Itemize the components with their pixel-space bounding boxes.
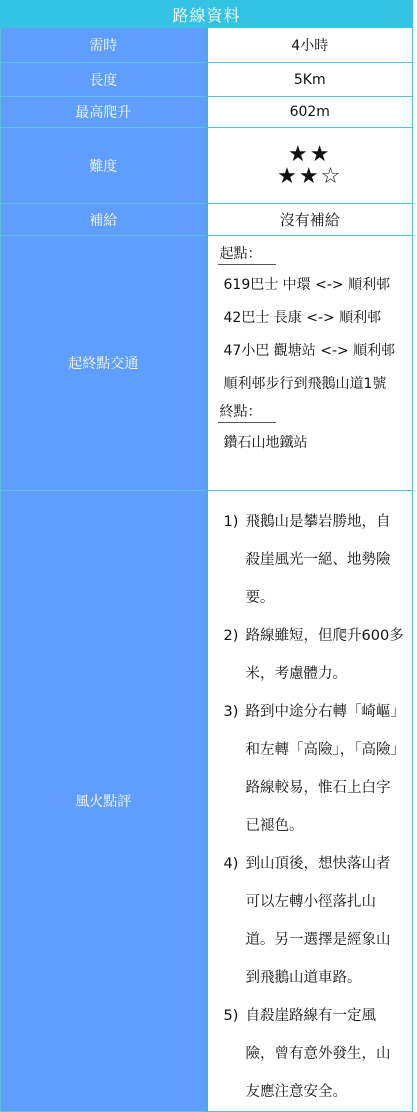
comment-text: 路到中途分右轉「崎嶇」和左轉「高險」，「高險」路線較易，惟石上白字已褪色。	[244, 693, 405, 845]
comment-number: 3)	[224, 693, 244, 845]
comment-item: 4) 到山頂後，想快落山者可以左轉小徑落扎山道。另一選擇是經象山到飛鵝山道車路。	[224, 845, 405, 909]
transport-details: 起點： 619巴士 中環 <-> 順利邨 42巴士 長康 <-> 順利邨 47小…	[207, 236, 413, 491]
table-title: 路線資料	[1, 1, 413, 28]
row-transport: 起終點交通 起點： 619巴士 中環 <-> 順利邨 42巴士 長康 <-> 順…	[1, 236, 413, 491]
difficulty-label: 難度	[1, 128, 207, 204]
transport-line: 47小巴 觀塘站 <-> 順利邨	[224, 341, 413, 361]
comment-text: 到山頂後，想快落山者可以左轉小徑落扎山道。另一選擇是經象山到飛鵝山道車路。	[244, 845, 405, 909]
route-info-table: 路線資料 需時 4小時 長度 5Km 最高爬升 602m 難度 ★★ ★★☆ 補…	[0, 0, 413, 909]
comment-number: 2)	[224, 617, 244, 693]
comment-item: 3) 路到中途分右轉「崎嶇」和左轉「高險」，「高險」路線較易，惟石上白字已褪色。	[224, 693, 405, 845]
start-heading: 起點：	[218, 244, 276, 265]
comment-text: 飛鵝山是攀岩勝地，自殺崖風光一絕、地勢險要。	[244, 503, 405, 617]
comment-text: 路線雖短，但爬升600多米，考慮體力。	[244, 617, 405, 693]
transport-line: 順利邨步行到飛鵝山道1號	[224, 374, 413, 394]
max-climb-value: 602m	[207, 97, 413, 128]
max-climb-label: 最高爬升	[1, 97, 207, 128]
comments-label: 風火點評	[1, 491, 207, 910]
star-rating-icon: ★★ ★★☆	[208, 144, 413, 188]
length-label: 長度	[1, 63, 207, 97]
row-length: 長度 5Km	[1, 63, 413, 97]
row-duration: 需時 4小時	[1, 28, 413, 63]
transport-line: 619巴士 中環 <-> 順利邨	[224, 275, 413, 295]
end-heading: 終點：	[218, 402, 276, 423]
transport-line: 42巴士 長康 <-> 順利邨	[224, 308, 413, 328]
comment-item: 2) 路線雖短，但爬升600多米，考慮體力。	[224, 617, 405, 693]
stars-row-1: ★★	[208, 144, 413, 166]
supply-label: 補給	[1, 204, 207, 236]
length-value: 5Km	[207, 63, 413, 97]
stars-row-2: ★★☆	[208, 166, 413, 188]
row-comments: 風火點評 1) 飛鵝山是攀岩勝地，自殺崖風光一絕、地勢險要。 2) 路線雖短，但…	[1, 491, 413, 910]
supply-value: 沒有補給	[207, 204, 413, 236]
comment-number: 1)	[224, 503, 244, 617]
transport-label: 起終點交通	[1, 236, 207, 491]
row-supply: 補給 沒有補給	[1, 204, 413, 236]
row-max-climb: 最高爬升 602m	[1, 97, 413, 128]
comments-list: 1) 飛鵝山是攀岩勝地，自殺崖風光一絕、地勢險要。 2) 路線雖短，但爬升600…	[207, 491, 413, 910]
duration-label: 需時	[1, 28, 207, 63]
difficulty-rating: ★★ ★★☆	[207, 128, 413, 204]
comment-number: 4)	[224, 845, 244, 909]
row-difficulty: 難度 ★★ ★★☆	[1, 128, 413, 204]
duration-value: 4小時	[207, 28, 413, 63]
comment-item: 1) 飛鵝山是攀岩勝地，自殺崖風光一絕、地勢險要。	[224, 503, 405, 617]
transport-line: 鑽石山地鐵站	[224, 433, 413, 453]
